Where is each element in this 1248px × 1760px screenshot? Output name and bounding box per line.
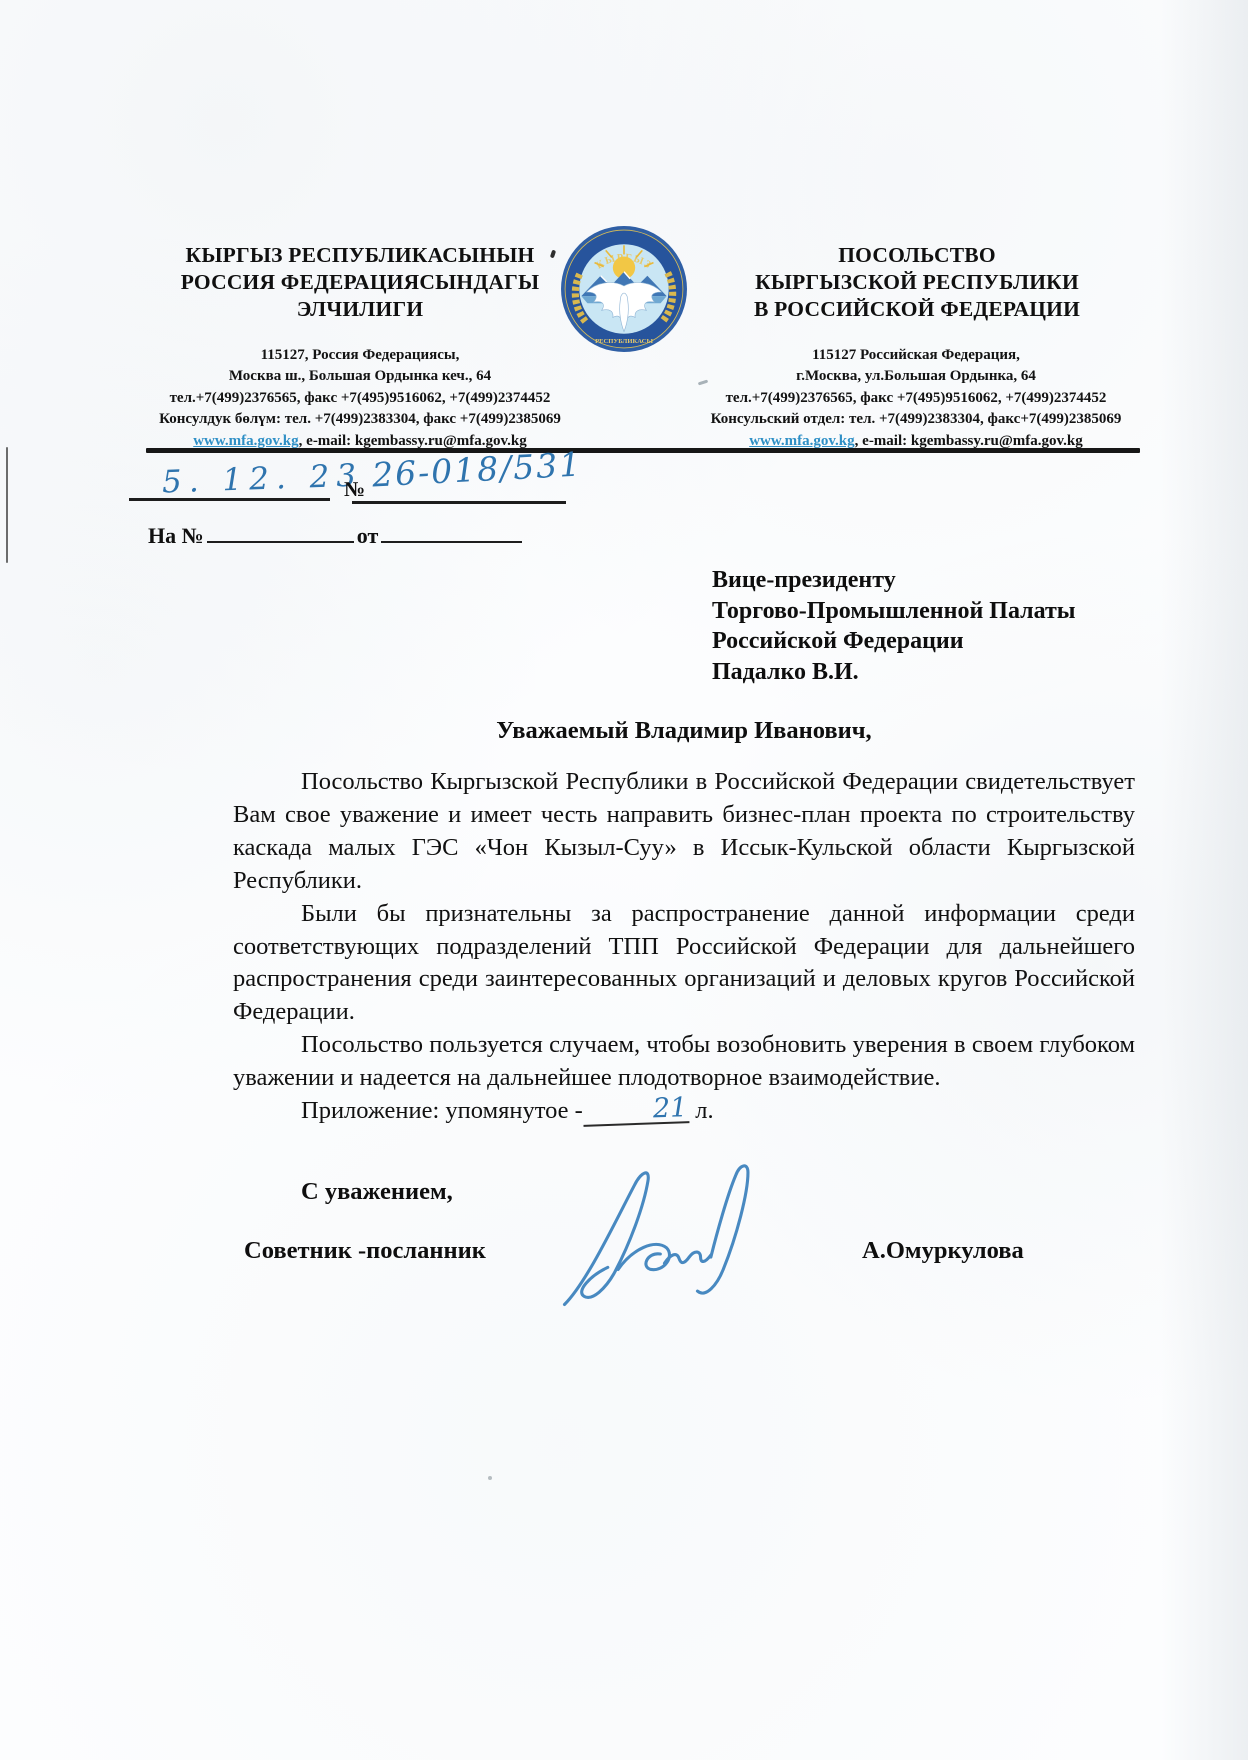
number-underline (352, 501, 566, 504)
from-label: от (357, 523, 379, 548)
org-name-russian: ПОСОЛЬСТВО КЫРГЫЗСКОЙ РЕСПУБЛИКИ В РОССИ… (710, 242, 1124, 323)
attachment-suffix: л. (689, 1097, 713, 1124)
salutation: Уважаемый Владимир Иванович, (233, 717, 1135, 745)
org-name-line: РОССИЯ ФЕДЕРАЦИЯСЫНДАГЫ (148, 269, 572, 296)
reply-date-blank (381, 522, 522, 543)
date-underline (129, 498, 330, 501)
org-name-line: КЫРГЫЗСКОЙ РЕСПУБЛИКИ (710, 269, 1124, 296)
email-text: , e-mail: kgembassy.ru@mfa.gov.kg (299, 433, 527, 449)
handwritten-date: 5. 12. 23 (161, 458, 363, 501)
recipient-line: Российской Федерации (712, 626, 1076, 657)
emblem-text-bottom: РЕСПУБЛИКАСЫ (595, 338, 653, 345)
org-name-line: КЫРГЫЗ РЕСПУБЛИКАСЫНЫН (148, 242, 572, 269)
recipient-line: Торгово-Промышленной Палаты (712, 596, 1076, 627)
scan-artifact-mark (488, 1476, 492, 1480)
attachment-prefix: Приложение: упомянутое - (301, 1097, 583, 1124)
address-line: Консулдук бөлүм: тел. +7(499)2383304, фа… (136, 409, 584, 430)
signature-ink (548, 1155, 816, 1320)
org-name-kyrgyz: КЫРГЫЗ РЕСПУБЛИКАСЫНЫН РОССИЯ ФЕДЕРАЦИЯС… (148, 242, 572, 323)
signer-name: А.Омуркулова (862, 1237, 1024, 1265)
address-line: тел.+7(499)2376565, факс +7(495)9516062,… (136, 388, 584, 409)
org-name-line: ЭЛЧИЛИГИ (148, 296, 572, 323)
website-link[interactable]: www.mfa.gov.kg (749, 433, 854, 449)
letter-body: Посольство Кыргызской Республики в Росси… (233, 766, 1135, 1128)
kyrgyz-emblem-icon: КЫРГЫЗ РЕСПУБЛИКАСЫ (560, 225, 688, 353)
body-paragraph: Посольство пользуется случаем, чтобы воз… (233, 1029, 1135, 1095)
reply-reference-row: На №от (148, 522, 525, 549)
org-name-line: ПОСОЛЬСТВО (710, 242, 1124, 269)
letterhead-divider (146, 448, 1140, 453)
address-line: 115127, Россия Федерациясы, (136, 345, 584, 366)
reply-number-blank (207, 522, 354, 543)
signer-title: Советник -посланник (244, 1237, 486, 1265)
reply-label: На № (148, 523, 204, 548)
address-line: Консульский отдел: тел. +7(499)2383304, … (698, 409, 1134, 430)
closing-regards: С уважением, (301, 1178, 453, 1206)
email-text: , e-mail: kgembassy.ru@mfa.gov.kg (855, 433, 1083, 449)
body-paragraph: Посольство Кыргызской Республики в Росси… (233, 766, 1135, 898)
scan-artifact-edge-line (6, 447, 8, 563)
address-block-kyrgyz: 115127, Россия Федерациясы, Москва ш., Б… (136, 345, 584, 452)
website-link[interactable]: www.mfa.gov.kg (193, 433, 298, 449)
recipient-block: Вице-президенту Торгово-Промышленной Пал… (712, 565, 1076, 687)
attachment-line: Приложение: упомянутое -21 л. (233, 1095, 1135, 1128)
org-name-line: В РОССИЙСКОЙ ФЕДЕРАЦИИ (710, 296, 1124, 323)
recipient-line: Вице-президенту (712, 565, 1076, 596)
body-paragraph: Были бы признательны за распространение … (233, 898, 1135, 1030)
letter-page: КЫРГЫЗ РЕСПУБЛИКАСЫНЫН РОССИЯ ФЕДЕРАЦИЯС… (0, 0, 1248, 1760)
number-sign-label: № (344, 477, 365, 502)
address-block-russian: 115127 Российская Федерация, г.Москва, у… (698, 345, 1134, 452)
address-line: 115127 Российская Федерация, (698, 345, 1134, 366)
recipient-line: Падалко В.И. (712, 657, 1076, 688)
address-line: Москва ш., Большая Ордынка кеч., 64 (136, 366, 584, 387)
handwritten-page-count: 21 (582, 1094, 689, 1127)
address-line: г.Москва, ул.Большая Ордынка, 64 (698, 366, 1134, 387)
address-line: тел.+7(499)2376565, факс +7(495)9516062,… (698, 388, 1134, 409)
